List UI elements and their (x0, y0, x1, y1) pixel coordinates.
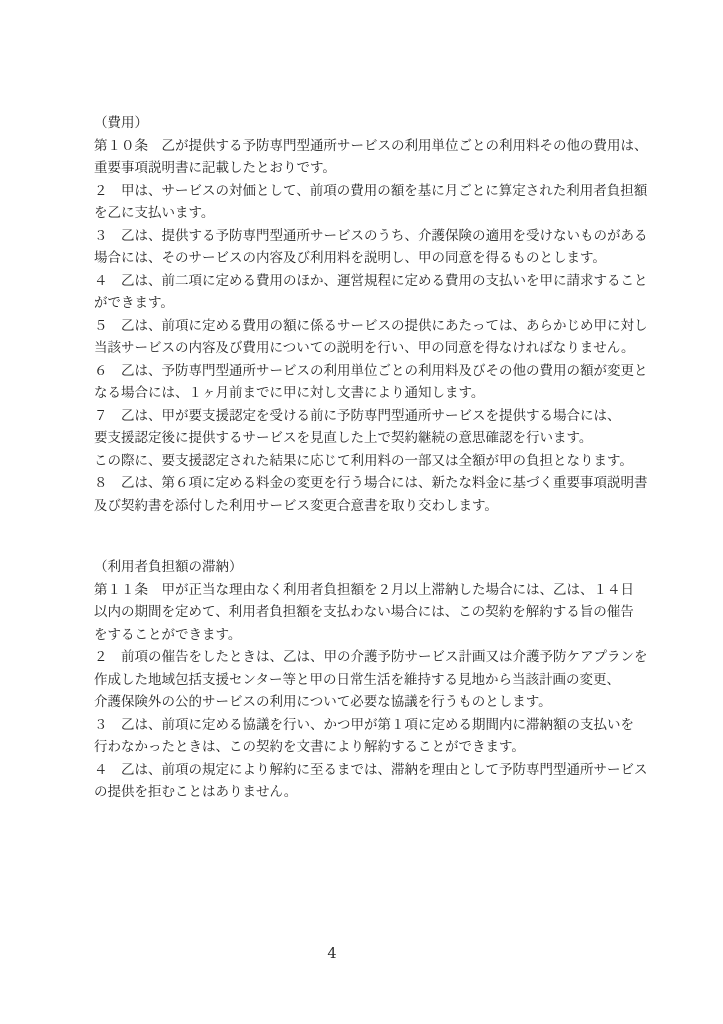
section-fees-heading: （費用） (94, 112, 642, 135)
contract-line: なる場合には、１ヶ月前までに甲に対し文書により通知します。 (94, 382, 642, 405)
contract-line: ができます。 (94, 292, 642, 315)
contract-line: 当該サービスの内容及び費用についての説明を行い、甲の同意を得なければなりません。 (94, 337, 642, 360)
contract-line: ３ 乙は、前項に定める協議を行い、かつ甲が第１項に定める期間内に滞納額の支払いを (94, 714, 642, 737)
contract-line: ２ 前項の催告をしたときは、乙は、甲の介護予防サービス計画又は介護予防ケアプラン… (94, 646, 642, 669)
contract-line: ７ 乙は、甲が要支援認定を受ける前に予防専門型通所サービスを提供する場合には、 (94, 405, 642, 428)
contract-line: 以内の期間を定めて、利用者負担額を支払わない場合には、この契約を解約する旨の催告 (94, 601, 642, 624)
contract-line: 行わなかったときは、この契約を文書により解約することができます。 (94, 736, 642, 759)
contract-line: ４ 乙は、前項の規定により解約に至るまでは、滞納を理由として予防専門型通所サービ… (94, 759, 642, 782)
contract-line: ４ 乙は、前二項に定める費用のほか、運営規程に定める費用の支払いを甲に請求するこ… (94, 270, 642, 293)
contract-line: を乙に支払います。 (94, 202, 642, 225)
contract-line: 重要事項説明書に記載したとおりです。 (94, 157, 642, 180)
contract-page-scan: （費用） 第１０条 乙が提供する予防専門型通所サービスの利用単位ごとの利用料その… (0, 0, 723, 1024)
page-number: 4 (310, 946, 354, 962)
contract-line: の提供を拒むことはありません。 (94, 781, 642, 804)
contract-line: 場合には、そのサービスの内容及び利用料を説明し、甲の同意を得るものとします。 (94, 247, 642, 270)
section-arrears-heading: （利用者負担額の滞納） (94, 556, 642, 579)
contract-line: ６ 乙は、予防専門型通所サービスの利用単位ごとの利用料及びその他の費用の額が変更… (94, 360, 642, 383)
contract-line: ３ 乙は、提供する予防専門型通所サービスのうち、介護保険の適用を受けないものがあ… (94, 225, 642, 248)
contract-text-block: （費用） 第１０条 乙が提供する予防専門型通所サービスの利用単位ごとの利用料その… (94, 112, 642, 804)
contract-line: ８ 乙は、第６項に定める料金の変更を行う場合には、新たな料金に基づく重要事項説明… (94, 472, 642, 495)
section-fees: （費用） 第１０条 乙が提供する予防専門型通所サービスの利用単位ごとの利用料その… (94, 112, 642, 517)
contract-line: 作成した地域包括支援センター等と甲の日常生活を維持する見地から当該計画の変更、 (94, 669, 642, 692)
contract-line: 介護保険外の公的サービスの利用について必要な協議を行うものとします。 (94, 691, 642, 714)
contract-line: をすることができます。 (94, 624, 642, 647)
contract-line: 第１１条 甲が正当な理由なく利用者負担額を２月以上滞納した場合には、乙は、１４日 (94, 579, 642, 602)
contract-line: 及び契約書を添付した利用サービス変更合意書を取り交わします。 (94, 495, 642, 518)
contract-line: ２ 甲は、サービスの対価として、前項の費用の額を基に月ごとに算定された利用者負担… (94, 180, 642, 203)
contract-line: この際に、要支援認定された結果に応じて利用料の一部又は全額が甲の負担となります。 (94, 450, 642, 473)
contract-line: 第１０条 乙が提供する予防専門型通所サービスの利用単位ごとの利用料その他の費用は… (94, 135, 642, 158)
contract-line: 要支援認定後に提供するサービスを見直した上で契約継続の意思確認を行います。 (94, 427, 642, 450)
section-arrears: （利用者負担額の滞納） 第１１条 甲が正当な理由なく利用者負担額を２月以上滞納し… (94, 556, 642, 804)
contract-line: ５ 乙は、前項に定める費用の額に係るサービスの提供にあたっては、あらかじめ甲に対… (94, 315, 642, 338)
